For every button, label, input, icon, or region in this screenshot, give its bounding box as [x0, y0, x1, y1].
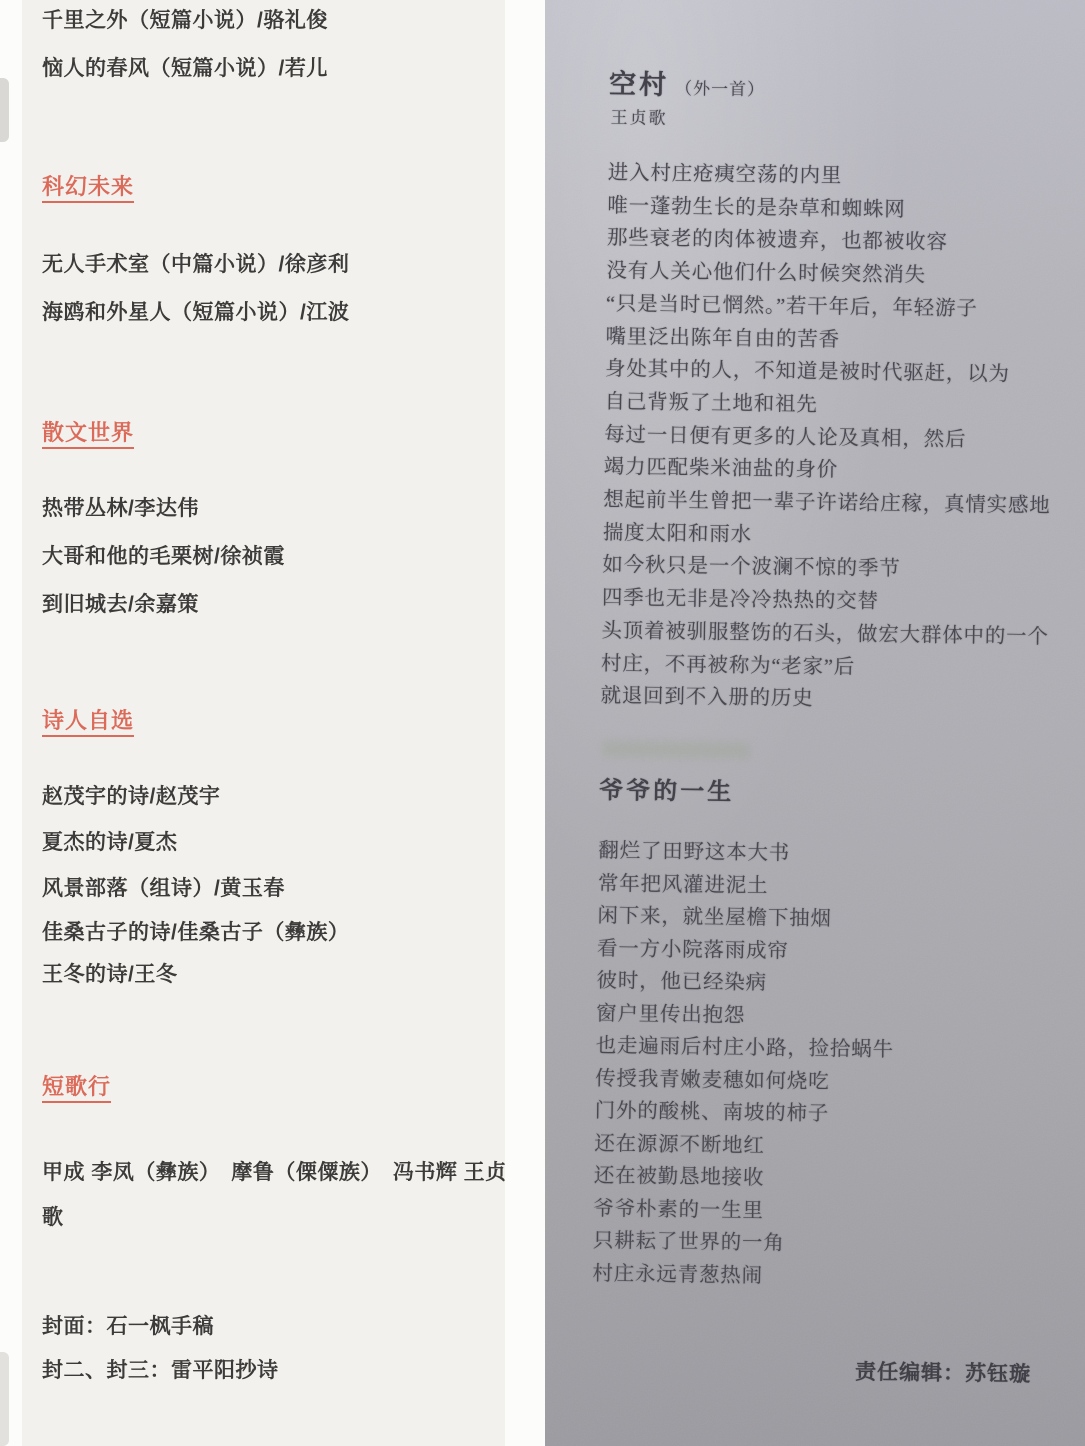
poem-line: 就退回到不入册的历史 [600, 680, 1070, 719]
toc-entry: 夏杰的诗/夏杰 [42, 828, 494, 858]
toc-entry: 热带丛林/李达伟 [42, 494, 494, 524]
toc-entry: 无人手术室（中篇小说）/徐彦利 [42, 250, 494, 280]
toc-entry: 海鸥和外星人（短篇小说）/江波 [42, 298, 494, 328]
poem-page-content: 空村（外一首） 王贞歌 进入村庄疮痍空荡的内里 唯一蓬勃生长的是杂草和蜘蛛网 那… [526, 0, 1085, 1446]
toc-entry: 千里之外（短篇小说）/骆礼俊 [42, 6, 494, 36]
poem2-body: 翻烂了田野这本大书 常年把风灌进泥土 闲下来，就坐屋檐下抽烟 看一方小院落雨成帘… [592, 835, 1068, 1297]
toc-heading-duangexing: 短歌行 [42, 1070, 111, 1101]
toc-heading-kehuan-weilai: 科幻未来 [42, 170, 134, 201]
poem-page-photo: 空村（外一首） 王贞歌 进入村庄疮痍空荡的内里 唯一蓬勃生长的是杂草和蜘蛛网 那… [545, 0, 1085, 1446]
toc-credit-inside-covers: 封二、封三：雷平阳抄诗 [42, 1356, 494, 1386]
poem1-title-suffix: （外一首） [675, 79, 765, 99]
toc-entry: 大哥和他的毛栗树/徐祯霞 [42, 542, 494, 572]
toc-entry: 甲成 李凤（彝族） 摩鲁（傈僳族） 冯书辉 王贞歌 [42, 1150, 507, 1240]
toc-entry: 恼人的春风（短篇小说）/若儿 [42, 54, 494, 84]
poem1-title-row: 空村（外一首） [609, 62, 766, 103]
poem1-title: 空村 [609, 69, 669, 100]
poem1-author: 王贞歌 [610, 103, 667, 129]
poem2-title: 爷爷的一生 [599, 770, 734, 807]
toc-panel: 千里之外（短篇小说）/骆礼俊 恼人的春风（短篇小说）/若儿 科幻未来 无人手术室… [22, 0, 505, 1446]
poem1-body: 进入村庄疮痍空荡的内里 唯一蓬勃生长的是杂草和蜘蛛网 那些衰老的肉体被遗弃，也都… [600, 157, 1078, 719]
toc-heading-sanwen-shijie: 散文世界 [42, 416, 134, 447]
page-edge-artifact [0, 1352, 9, 1446]
toc-entry: 王冬的诗/王冬 [42, 960, 494, 990]
toc-entry: 风景部落（组诗）/黄玉春 [42, 874, 494, 904]
ink-bleedthrough [602, 740, 750, 759]
toc-entry: 到旧城去/余嘉策 [42, 590, 494, 620]
toc-entry: 佳桑古子的诗/佳桑古子（彝族） [42, 918, 494, 948]
poem-line: 村庄永远青葱热闹 [592, 1257, 1062, 1296]
toc-heading-shiren-zixuan: 诗人自选 [42, 704, 134, 735]
editor-credit: 责任编辑：苏钰璇 [855, 1356, 1031, 1388]
toc-entry: 赵茂宇的诗/赵茂宇 [42, 782, 494, 812]
toc-credit-cover: 封面：石一枫手稿 [42, 1312, 494, 1342]
page-edge-artifact [0, 78, 9, 142]
